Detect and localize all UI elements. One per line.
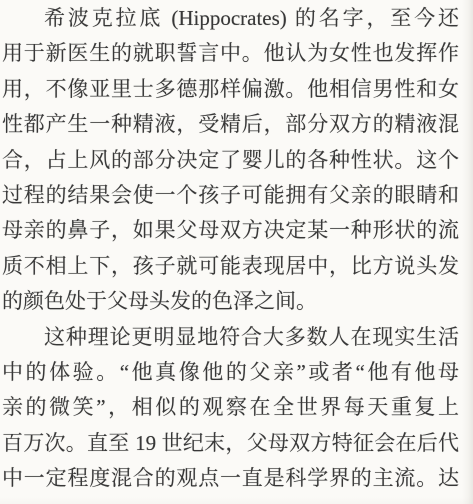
text-line: 用，不像亚里士多德那样偏激。他相信男性和女 [2,72,459,107]
book-page: 希波克拉底 (Hippocrates) 的名字，至今还 用于新医生的就职誓言中。… [0,0,473,504]
body-text: 希波克拉底 (Hippocrates) 的名字，至今还 用于新医生的就职誓言中。… [2,1,459,497]
page-bottom-shadow [0,497,473,504]
text-line: 的颜色处于父母头发的色泽之间。 [2,284,459,319]
text-line: 亲的微笑”，相似的观察在全世界每天重复上 [2,390,459,425]
text-line: 百万次。直至 19 世纪末，父母双方特征会在后代 [2,426,459,461]
text-line: 性都产生一种精液，受精后，部分双方的精液混 [2,107,459,142]
page-edge-shadow [462,0,473,504]
text-line: 合，占上风的部分决定了婴儿的各种性状。这个 [2,143,459,178]
text-line: 质不相上下，孩子就可能表现居中，比方说头发 [2,249,459,284]
text-line: 希波克拉底 (Hippocrates) 的名字，至今还 [2,1,459,36]
text-line: 母亲的鼻子，如果父母双方决定某一种形状的流 [2,213,459,248]
text-line: 这种理论更明显地符合大多数人在现实生活 [2,320,459,355]
text-line: 中的体验。“他真像他的父亲”或者“他有他母 [2,355,459,390]
text-line: 中一定程度混合的观点一直是科学界的主流。达 [2,461,459,496]
text-line: 过程的结果会使一个孩子可能拥有父亲的眼睛和 [2,178,459,213]
text-line: 用于新医生的就职誓言中。他认为女性也发挥作 [2,36,459,71]
